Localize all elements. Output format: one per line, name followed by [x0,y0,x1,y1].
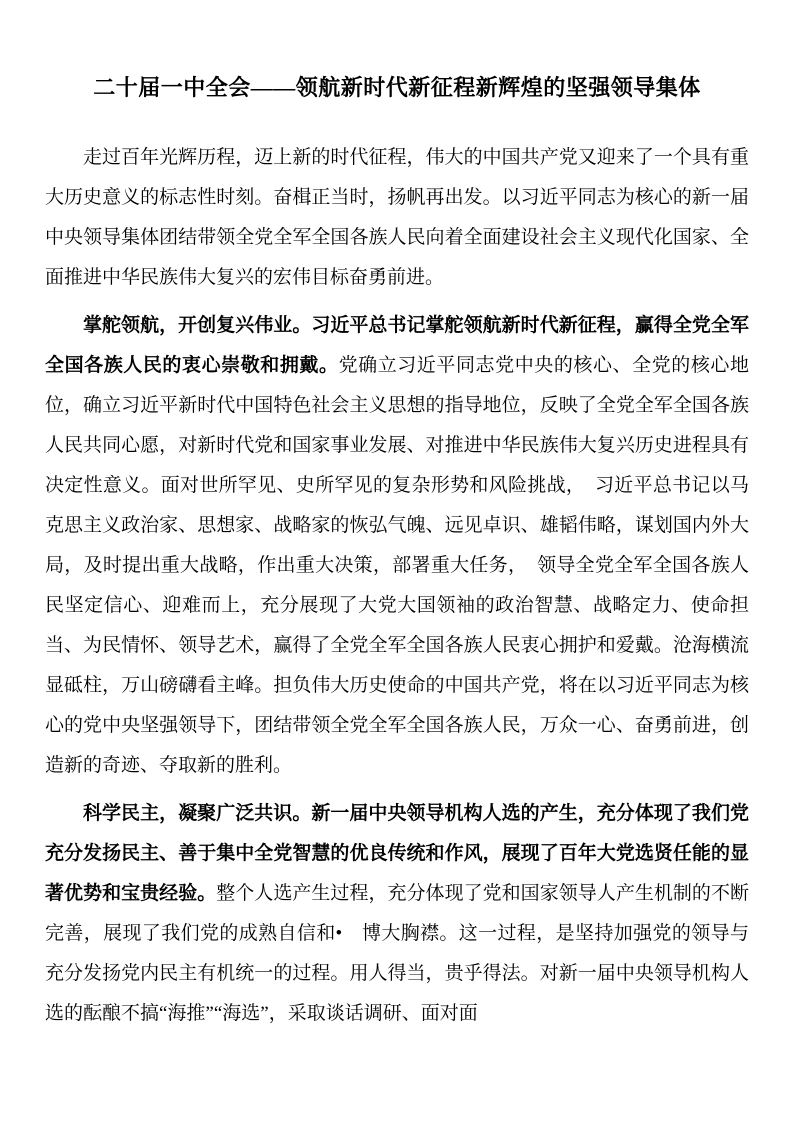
document-title: 二十届一中全会——领航新时代新征程新辉煌的坚强领导集体 [45,72,749,104]
paragraph-helmsman-body: 党确立习近平同志党中央的核心、全党的核心地位，确立习近平新时代中国特色社会主义思… [45,355,749,776]
paragraph-intro: 走过百年光辉历程，迈上新的时代征程，伟大的中国共产党又迎来了一个具有重大历史意义… [45,138,749,298]
document-page: 二十届一中全会——领航新时代新征程新辉煌的坚强领导集体 走过百年光辉历程，迈上新… [0,0,794,1122]
paragraph-democracy-body: 整个人选产生过程，充分体现了党和国家领导人产生机制的不断完善，展现了我们党的成熟… [45,883,749,1024]
paragraph-helmsman: 掌舵领航，开创复兴伟业。习近平总书记掌舵领航新时代新征程，赢得全党全军全国各族人… [45,306,749,786]
paragraph-democracy: 科学民主，凝聚广泛共识。新一届中央领导机构人选的产生，充分体现了我们党充分发扬民… [45,794,749,1034]
paragraph-intro-text: 走过百年光辉历程，迈上新的时代征程，伟大的中国共产党又迎来了一个具有重大历史意义… [45,147,749,288]
